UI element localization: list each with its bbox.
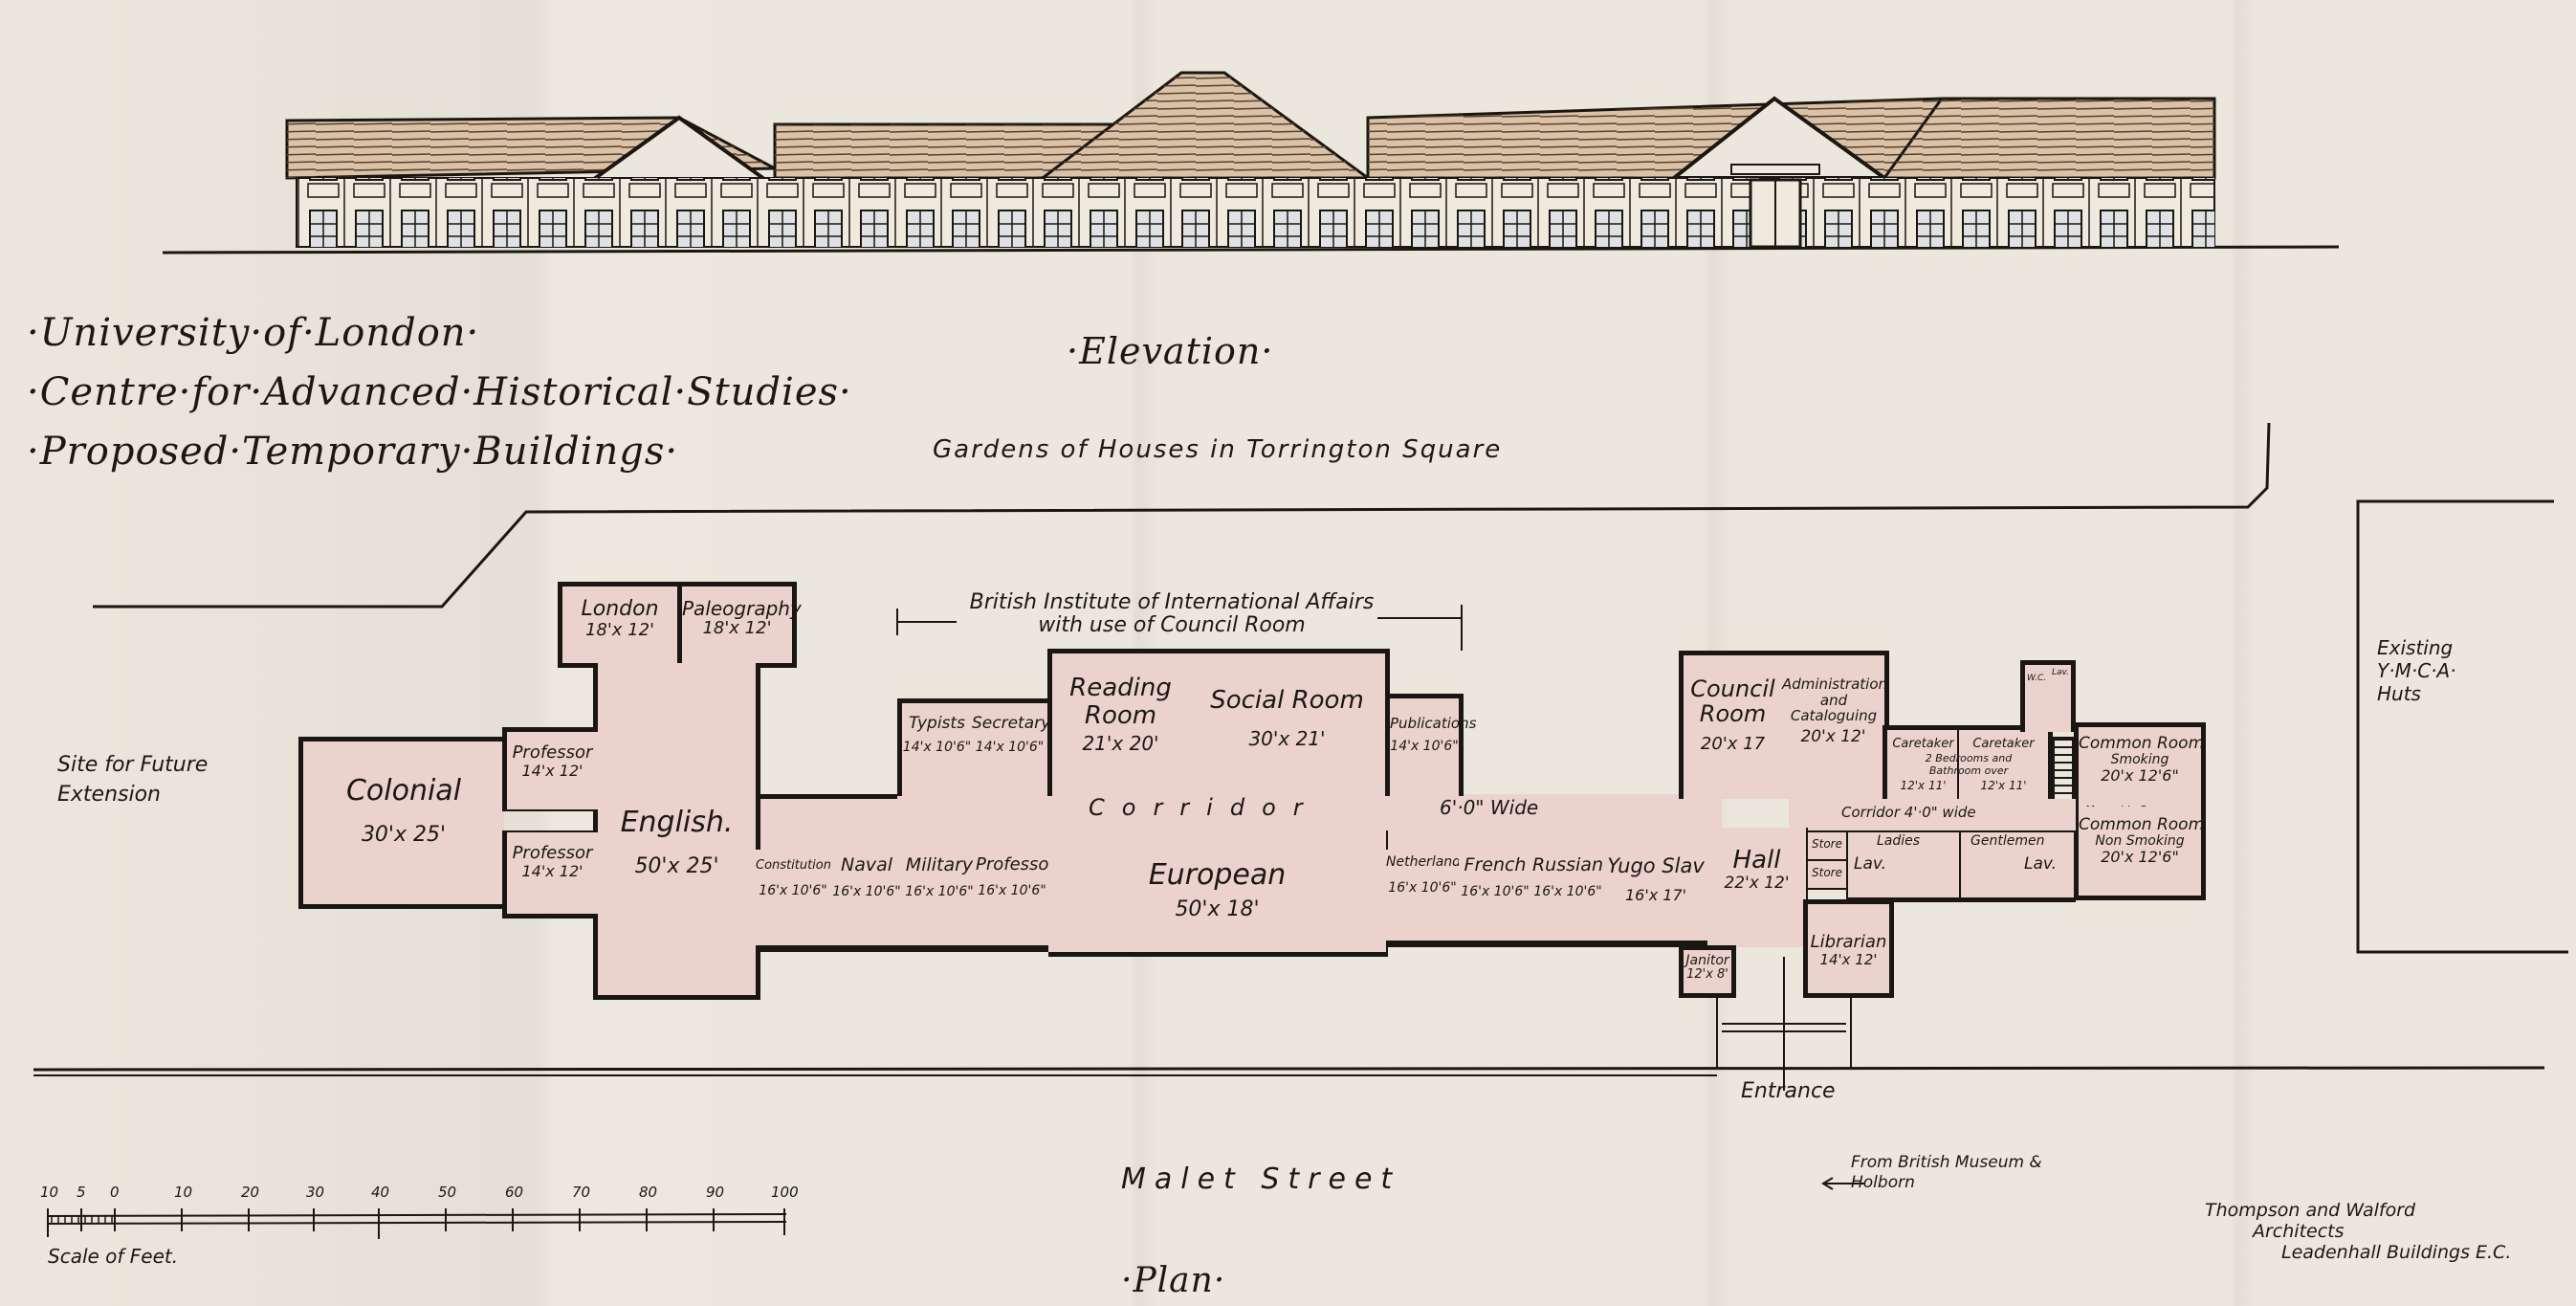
scale-bar: 10 5 0 10 20 30 40 50 60 70 80 90 100 Sc…	[29, 1182, 794, 1287]
room-hall-name: Hall	[1707, 847, 1806, 874]
room-naval-size: 16'x 10'6"	[830, 885, 903, 899]
room-social: Social Room 30'x 21'	[1189, 649, 1390, 796]
room-london-size: 18'x 12'	[562, 621, 677, 640]
plan-heading: ·Plan·	[1121, 1261, 1225, 1300]
room-publications: Publications 14'x 10'6"	[1385, 694, 1464, 796]
room-janitor: Janitor 12'x 8'	[1679, 945, 1736, 998]
room-publications-name: Publications	[1390, 716, 1459, 732]
room-librarian: Librarian 14'x 12'	[1803, 899, 1894, 998]
corridor-width-label: 6'·0" Wide	[1440, 796, 1538, 819]
room-paleography-size: 18'x 12'	[682, 619, 792, 638]
room-professor-central: Professor 16'x 10'6"	[976, 850, 1050, 950]
room-common-smoking-sub: Smoking	[2079, 753, 2201, 767]
room-netherlands-name: Netherlands	[1386, 855, 1459, 870]
room-ladies-name: Ladies	[1877, 834, 1920, 849]
room-naval: Naval 16'x 10'6"	[830, 850, 905, 950]
scale-tick: 10	[174, 1184, 192, 1201]
scale-tick: 0	[110, 1184, 120, 1201]
room-military-name: Military	[903, 855, 976, 875]
room-english-size: 50'x 25'	[598, 855, 756, 878]
room-caretaker-1-name: Caretaker	[1887, 738, 1959, 751]
room-typists-name: Typists	[902, 715, 972, 733]
room-ladies: Ladies Lav.	[1846, 830, 1961, 902]
room-russian: Russian 16'x 10'6"	[1531, 850, 1606, 945]
room-common-nonsmoking-sub: Non Smoking	[2079, 834, 2201, 849]
architect-address: Leadenhall Buildings E.C.	[2205, 1243, 2511, 1264]
scale-tick: 50	[438, 1184, 456, 1201]
room-professor-north: Professor 14'x 12'	[502, 727, 598, 811]
room-caretaker-2-size: 12'x 11'	[1959, 780, 2048, 792]
direction-note: From British Museum & Holborn	[1851, 1153, 2042, 1194]
room-store-1-name: Store	[1812, 838, 1842, 851]
wc-label: W.C.	[2027, 675, 2046, 684]
room-council-size: 20'x 17	[1684, 735, 1782, 754]
scale-tick: 80	[639, 1184, 657, 1201]
room-naval-name: Naval	[830, 855, 903, 875]
room-european-name: European	[1048, 859, 1386, 891]
room-russian-size: 16'x 10'6"	[1531, 885, 1604, 899]
room-colonial-name: Colonial	[303, 775, 504, 807]
room-reading-name: Reading Room	[1064, 675, 1178, 729]
staircase-icon	[2053, 737, 2074, 806]
room-paleography-name: Paleography	[682, 598, 792, 619]
scale-tick: 40	[371, 1184, 389, 1201]
room-common-nonsmoking: Common Room Non Smoking 20'x 12'6"	[2074, 807, 2206, 900]
room-common-smoking-size: 20'x 12'6"	[2079, 767, 2201, 785]
room-professor-north-name: Professor	[507, 743, 598, 763]
room-netherlands: Netherlands 16'x 10'6"	[1386, 850, 1461, 945]
scale-tick: 90	[706, 1184, 724, 1201]
room-administration-size: 20'x 12'	[1782, 728, 1884, 746]
room-english: English. 50'x 25'	[593, 663, 760, 1000]
room-yugoslav: Yugo Slav 16'x 17'	[1604, 850, 1709, 945]
room-constitutional-name: Constitutional	[756, 859, 830, 873]
scale-tick: 10	[40, 1184, 58, 1201]
scale-tick: 70	[572, 1184, 590, 1201]
room-social-size: 30'x 21'	[1189, 728, 1385, 749]
room-paleography: Paleography 18'x 12'	[677, 582, 797, 668]
room-janitor-name: Janitor	[1684, 954, 1731, 968]
room-hall-size: 22'x 12'	[1707, 874, 1806, 893]
room-administration-name: Administration and Cataloguing	[1782, 676, 1885, 724]
room-london-name: London	[562, 598, 677, 621]
scale-tick: 5	[77, 1184, 86, 1201]
scale-tick-labels: 10 5 0 10 20 30 40 50 60 70 80 90 100	[29, 1184, 794, 1206]
room-reading-size: 21'x 20'	[1052, 733, 1189, 754]
architect-name: Thompson and Walford	[2205, 1201, 2511, 1222]
street-label: Malet Street	[1121, 1162, 1400, 1196]
corridor-south-wall-east	[1387, 942, 1684, 947]
room-military: Military 16'x 10'6"	[903, 850, 978, 950]
room-common-smoking: Common Room Smoking 20'x 12'6"	[2074, 722, 2206, 808]
scale-tick: 30	[306, 1184, 324, 1201]
room-yugoslav-size: 16'x 17'	[1604, 887, 1707, 904]
room-reading: Reading Room 21'x 20'	[1047, 649, 1191, 796]
corridor-north-wall	[756, 794, 897, 799]
architect-block: Thompson and Walford Architects Leadenha…	[2205, 1201, 2511, 1264]
scale-tick: 60	[505, 1184, 523, 1201]
room-french-name: French	[1459, 855, 1531, 875]
room-professor-south-name: Professor	[507, 844, 598, 863]
room-ladies-lav: Lav.	[1854, 855, 1886, 874]
room-social-name: Social Room	[1189, 687, 1385, 715]
floor-plan: London 18'x 12' Paleography 18'x 12' Eng…	[0, 0, 2576, 1306]
room-janitor-size: 12'x 8'	[1684, 968, 1731, 982]
room-council: Council Room 20'x 17	[1679, 651, 1784, 799]
room-store-2: Store	[1806, 859, 1848, 890]
room-store-1: Store	[1806, 830, 1848, 861]
room-european-size: 50'x 18'	[1048, 898, 1386, 921]
room-caretaker-2-name: Caretaker	[1959, 738, 2048, 751]
room-european: European 50'x 18'	[1048, 830, 1388, 957]
corridor-south-wall	[756, 947, 1048, 952]
room-gentlemen-name: Gentlemen	[1971, 834, 2044, 849]
room-professor-south-size: 14'x 12'	[507, 863, 598, 880]
room-gentlemen: Gentlemen Lav.	[1959, 830, 2076, 902]
scale-tick: 100	[771, 1184, 799, 1201]
lav-label: Lav.	[2052, 669, 2069, 678]
room-russian-name: Russian	[1531, 855, 1604, 875]
scale-tick: 20	[241, 1184, 259, 1201]
room-yugoslav-name: Yugo Slav	[1604, 855, 1707, 877]
room-london: London 18'x 12'	[558, 582, 682, 668]
room-english-name: English.	[598, 807, 756, 838]
room-netherlands-size: 16'x 10'6"	[1386, 881, 1459, 896]
room-secretary: Secretary 14'x 10'6"	[972, 698, 1052, 796]
room-librarian-name: Librarian	[1808, 933, 1889, 952]
room-librarian-size: 14'x 12'	[1808, 952, 1889, 968]
room-common-smoking-name: Common Room	[2079, 735, 2201, 753]
room-professor-south: Professor 14'x 12'	[502, 830, 598, 919]
room-administration: Administration and Cataloguing 20'x 12'	[1782, 651, 1889, 799]
room-wc-lav: W.C. Lav.	[2020, 660, 2076, 732]
room-typists: Typists 14'x 10'6"	[897, 698, 974, 796]
room-constitutional-size: 16'x 10'6"	[756, 884, 830, 898]
room-colonial-size: 30'x 25'	[303, 824, 504, 847]
room-typists-size: 14'x 10'6"	[902, 741, 972, 755]
room-colonial: Colonial 30'x 25'	[298, 737, 504, 909]
room-military-size: 16'x 10'6"	[903, 885, 976, 899]
caretaker-note: 2 Bedrooms and Bathroom over	[1902, 752, 2036, 777]
room-common-nonsmoking-name: Common Room	[2079, 816, 2201, 834]
room-caretaker-1-size: 12'x 11'	[1887, 780, 1959, 792]
room-professor-central-name: Professor	[976, 855, 1048, 874]
room-publications-size: 14'x 10'6"	[1390, 740, 1459, 754]
room-secretary-name: Secretary	[972, 715, 1047, 733]
room-secretary-size: 14'x 10'6"	[972, 741, 1047, 755]
room-constitutional: Constitutional 16'x 10'6"	[756, 850, 832, 950]
room-common-nonsmoking-size: 20'x 12'6"	[2079, 849, 2201, 866]
room-professor-north-size: 14'x 12'	[507, 763, 598, 780]
room-french: French 16'x 10'6"	[1459, 850, 1533, 945]
service-corridor-label: Corridor 4'·0" wide	[1841, 804, 1976, 821]
architect-title: Architects	[2205, 1222, 2511, 1243]
room-store-2-name: Store	[1812, 867, 1842, 879]
room-gentlemen-lav: Lav.	[2024, 855, 2057, 874]
room-council-name: Council Room	[1690, 676, 1776, 727]
room-hall: Hall 22'x 12'	[1707, 828, 1808, 947]
scale-label: Scale of Feet.	[48, 1245, 178, 1268]
entrance-label: Entrance	[1741, 1079, 1836, 1103]
room-french-size: 16'x 10'6"	[1459, 885, 1531, 899]
corridor-label: Corridor	[1089, 794, 1320, 821]
room-professor-central-size: 16'x 10'6"	[976, 884, 1048, 898]
